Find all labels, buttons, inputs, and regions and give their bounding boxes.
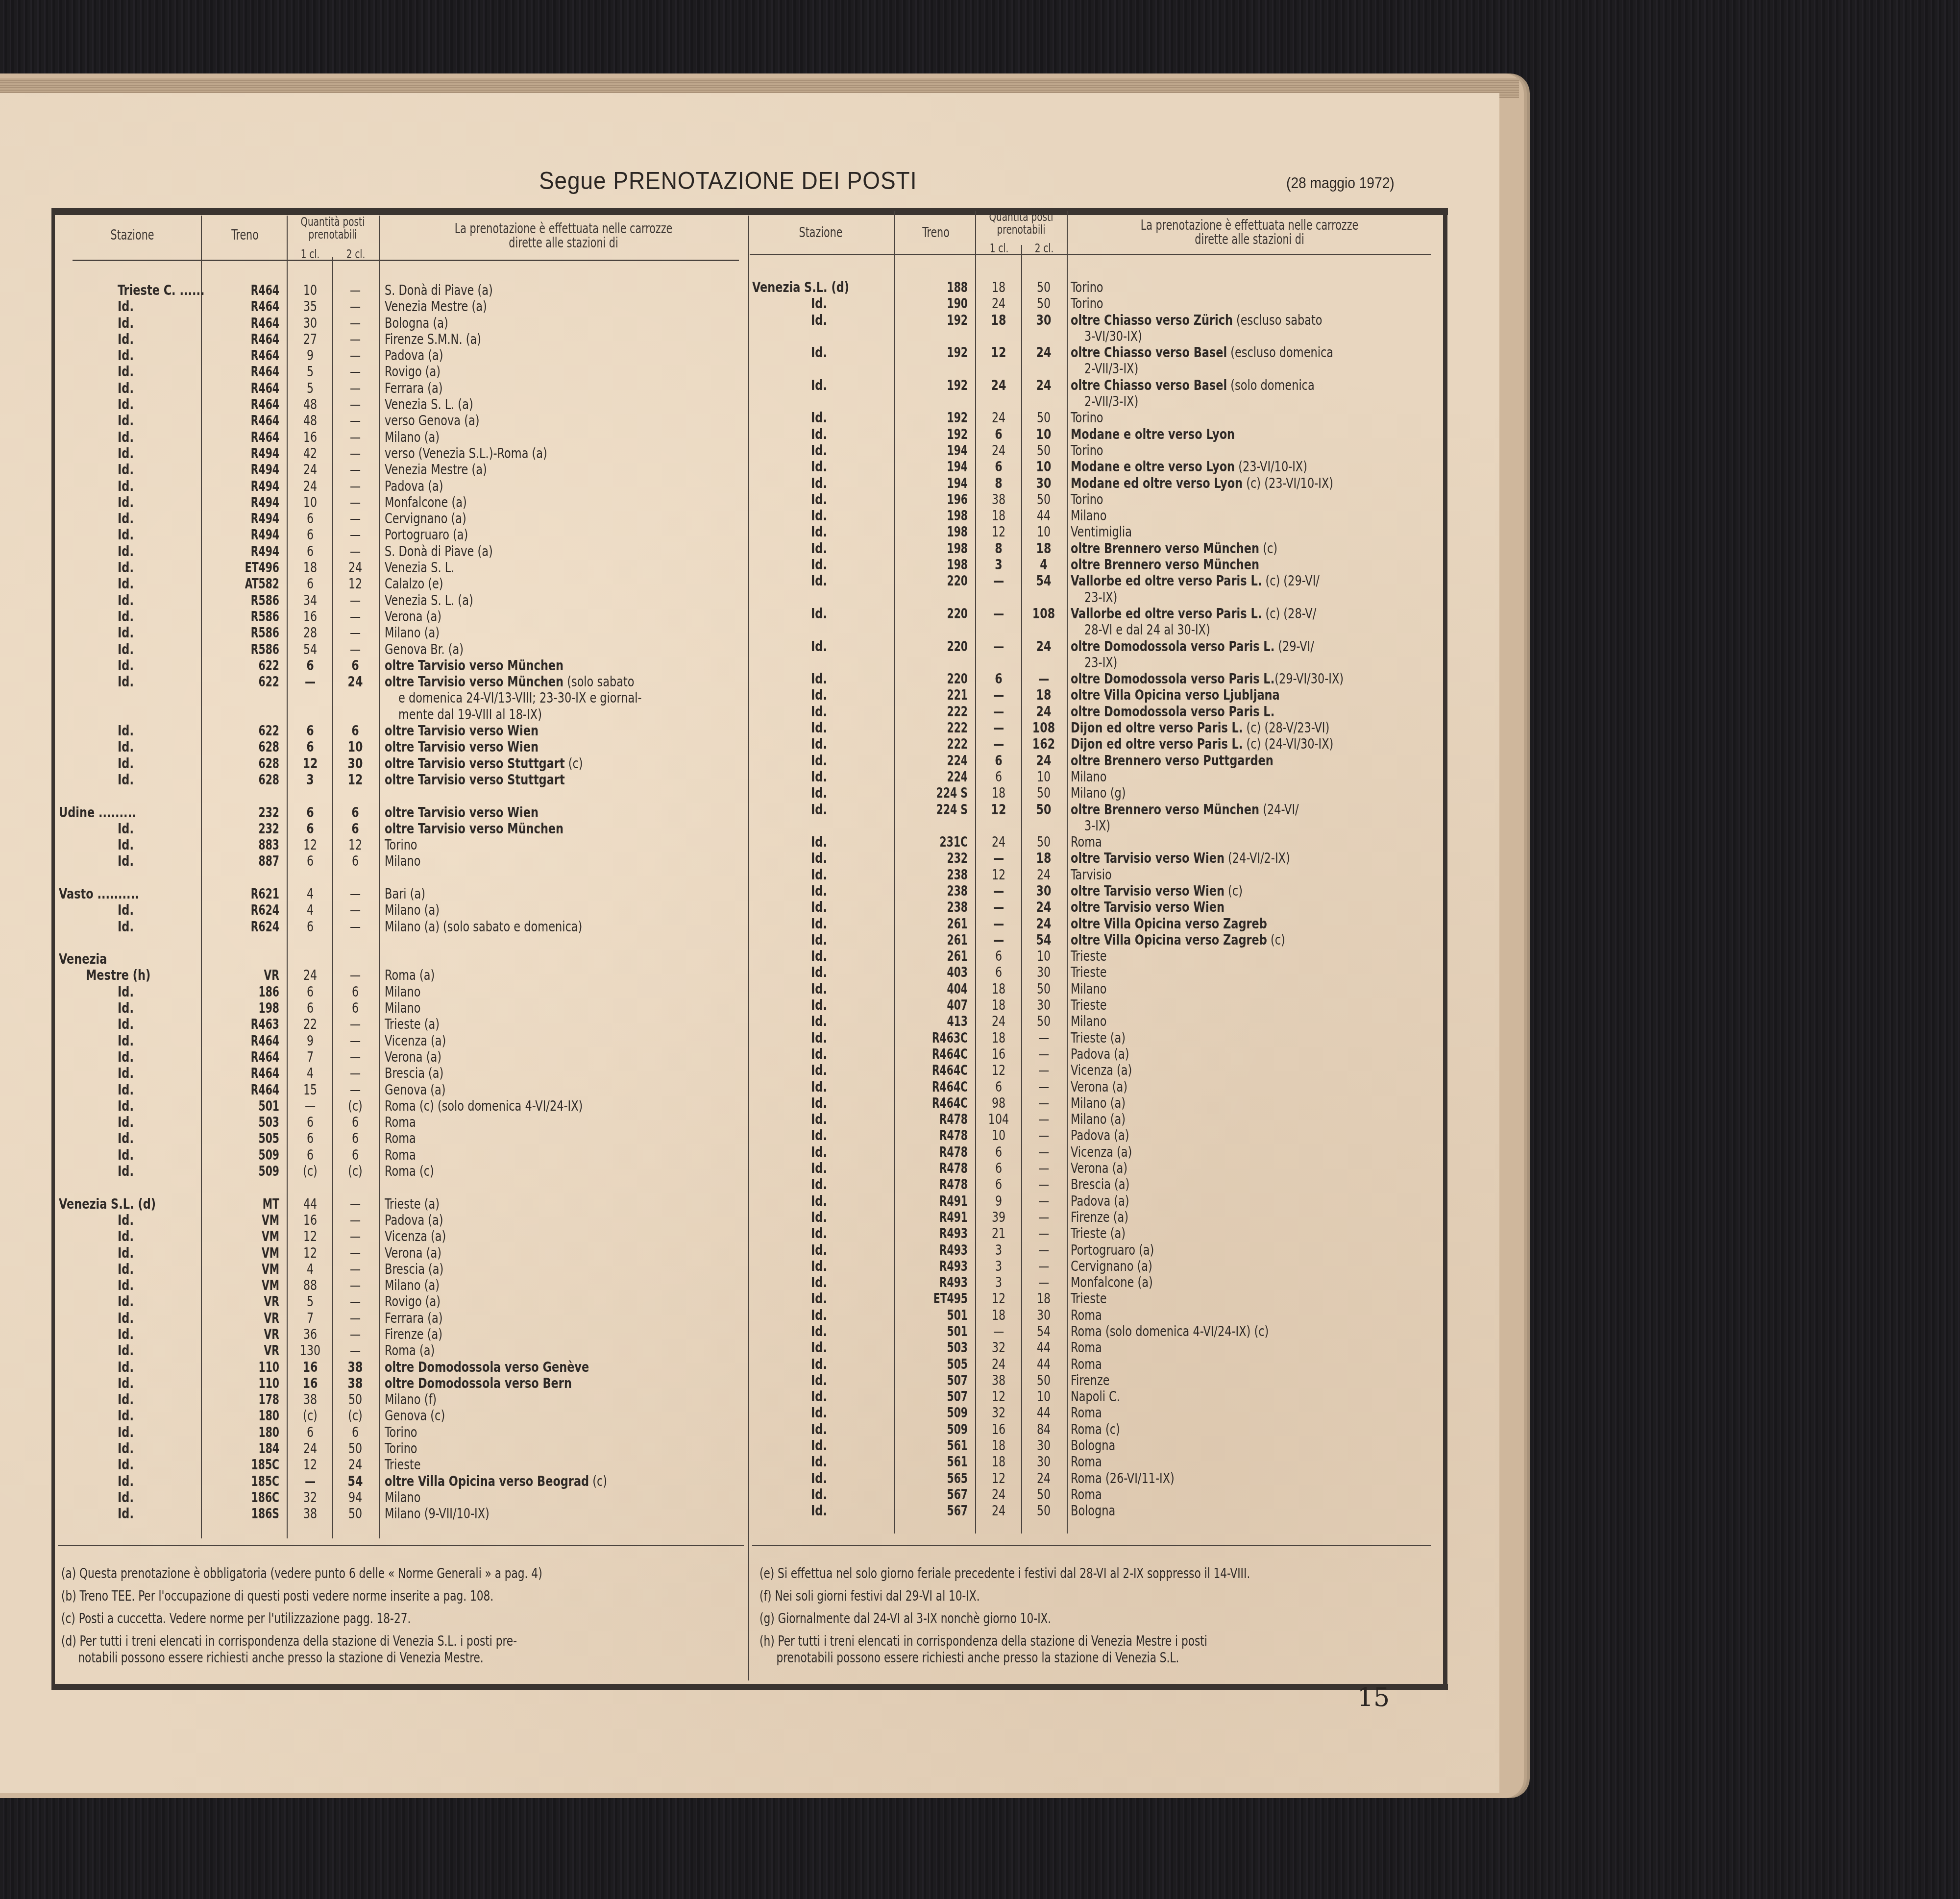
train-number: VR xyxy=(222,1293,279,1310)
table-row: Id.VM88—Milano (a) xyxy=(59,1277,745,1293)
seats-1st-class: 3 xyxy=(980,557,1018,573)
seats-2nd-class: 10 xyxy=(1025,524,1063,540)
destination: Brescia (a) xyxy=(1071,1176,1129,1193)
station-name: Id. xyxy=(118,609,134,625)
table-row: Id.R46448—verso Genova (a) xyxy=(59,413,745,429)
destination-text: Roma xyxy=(1071,833,1102,850)
destination-text: Modane ed oltre verso Lyon xyxy=(1071,475,1243,491)
train-number: 505 xyxy=(903,1356,968,1372)
seats-2nd-class: 24 xyxy=(337,560,374,576)
seats-1st-class: 104 xyxy=(980,1111,1018,1127)
destination-note: (24-VI/ xyxy=(1259,801,1299,818)
train-number: 232 xyxy=(222,804,279,821)
destination-continuation: e domenica 24-VI/13-VIII; 23-30-IX e gio… xyxy=(59,690,745,706)
seats-2nd-class: 38 xyxy=(337,1359,374,1375)
train-number: R464 xyxy=(222,347,279,364)
destination: Trieste (a) xyxy=(385,1016,440,1032)
seats-1st-class: 8 xyxy=(980,540,1018,557)
destination: Rovigo (a) xyxy=(385,1293,441,1310)
destination: Genova (c) xyxy=(385,1408,445,1424)
train-number: 222 xyxy=(903,736,968,752)
col-header-2cl: 2 cl. xyxy=(1026,242,1062,255)
seats-1st-class: 48 xyxy=(292,413,329,429)
seats-1st-class: 6 xyxy=(292,1114,329,1130)
table-row: Id.622—24oltre Tarvisio verso München (s… xyxy=(59,674,745,690)
seats-2nd-class: — xyxy=(337,331,374,347)
seats-2nd-class: — xyxy=(1025,1079,1063,1095)
train-number: 503 xyxy=(222,1114,279,1130)
seats-2nd-class: — xyxy=(337,967,374,983)
destination: Ferrara (a) xyxy=(385,380,442,396)
destination: Roma xyxy=(385,1114,416,1130)
seats-1st-class: 32 xyxy=(980,1405,1018,1421)
blank-row xyxy=(59,935,745,951)
destination-text: verso Genova (a) xyxy=(385,412,479,429)
destination-text: Bologna xyxy=(1071,1437,1115,1454)
destination-text: Padova (a) xyxy=(1071,1127,1129,1144)
seats-1st-class: 6 xyxy=(980,964,1018,980)
seats-1st-class: 12 xyxy=(292,837,329,853)
seats-2nd-class: — xyxy=(337,1310,374,1326)
seats-1st-class: 12 xyxy=(980,1062,1018,1078)
destination-text: Milano xyxy=(1071,980,1107,997)
table-row: Id.231C2450Roma xyxy=(752,834,1438,850)
destination: Torino xyxy=(1071,491,1103,508)
station-name: Id. xyxy=(811,1307,827,1323)
seats-1st-class: 4 xyxy=(292,902,329,918)
seats-1st-class: 18 xyxy=(980,508,1018,524)
destination: Padova (a) xyxy=(385,478,443,494)
table-row: Id.50566Roma xyxy=(59,1130,745,1146)
right-timetable: Venezia S.L. (d)1881850TorinoId.1902450T… xyxy=(752,279,1438,1519)
station-name: Id. xyxy=(811,1421,827,1437)
seats-2nd-class: 10 xyxy=(1025,948,1063,964)
seats-1st-class: — xyxy=(980,720,1018,736)
seats-1st-class: — xyxy=(980,899,1018,915)
train-number: 505 xyxy=(222,1130,279,1146)
seats-1st-class: 24 xyxy=(292,462,329,478)
header-underline-right xyxy=(750,254,1431,255)
station-name: Id. xyxy=(118,1293,134,1310)
destination: oltre Tarvisio verso Wien (24-VI/2-IX) xyxy=(1071,850,1290,866)
destination-text: Trieste xyxy=(385,1456,421,1473)
seats-1st-class: (c) xyxy=(292,1163,329,1179)
destination-continuation: mente dal 19-VIII al 18-IX) xyxy=(59,706,745,723)
station-name: Id. xyxy=(811,508,827,524)
table-row: Id.VM4—Brescia (a) xyxy=(59,1261,745,1277)
station-name: Id. xyxy=(118,821,134,837)
col-header-treno: Treno xyxy=(215,228,275,242)
destination-text: Monfalcone (a) xyxy=(385,494,467,511)
table-row: Id.1963850Torino xyxy=(752,491,1438,508)
destination-text: Torino xyxy=(1071,279,1103,295)
station-name: Id. xyxy=(118,298,134,315)
table-row: Id.5093244Roma xyxy=(752,1405,1438,1421)
station-name: Id. xyxy=(811,1486,827,1503)
station-name: Id. xyxy=(811,295,827,312)
seats-2nd-class: — xyxy=(1025,1193,1063,1209)
train-number: VM xyxy=(222,1245,279,1261)
seats-2nd-class: — xyxy=(337,364,374,380)
seats-1st-class: 24 xyxy=(980,1486,1018,1503)
destination: Roma (a) xyxy=(385,1342,435,1359)
destination-text: oltre Chiasso verso Zürich xyxy=(1071,312,1233,328)
station-name: Id. xyxy=(118,1065,134,1081)
page-date: (28 maggio 1972) xyxy=(1286,174,1395,192)
destination: oltre Villa Opicina verso Beograd (c) xyxy=(385,1473,607,1489)
destination-continuation: 2-VII/3-IX) xyxy=(752,393,1438,410)
destination: Napoli C. xyxy=(1071,1388,1120,1405)
train-number: R464C xyxy=(903,1062,968,1078)
destination-text: Milano (a) xyxy=(385,429,440,445)
footnotes-left: (a) Questa prenotazione è obbligatoria (… xyxy=(61,1565,542,1672)
seats-2nd-class: 10 xyxy=(1025,769,1063,785)
table-row: Id.501—54Roma (solo domenica 4-VI/24-IX)… xyxy=(752,1323,1438,1339)
train-number: 198 xyxy=(903,524,968,540)
destination-text: oltre Tarvisio verso Wien xyxy=(385,738,539,755)
seats-2nd-class: 30 xyxy=(1025,1307,1063,1323)
seats-1st-class: 16 xyxy=(292,609,329,625)
destination-note: (c) (24-VI/30-IX) xyxy=(1243,735,1333,752)
seats-1st-class: — xyxy=(292,1098,329,1114)
blank-row xyxy=(59,788,745,804)
seats-1st-class: 30 xyxy=(292,315,329,331)
destination-text: Napoli C. xyxy=(1071,1388,1120,1405)
seats-2nd-class: 108 xyxy=(1025,720,1063,736)
seats-2nd-class: 50 xyxy=(1025,410,1063,426)
destination: Modane ed oltre verso Lyon (c) (23-VI/10… xyxy=(1071,475,1333,491)
seats-2nd-class: 12 xyxy=(337,837,374,853)
train-number: 509 xyxy=(222,1163,279,1179)
station-name: Id. xyxy=(811,1095,827,1111)
col-header-stazione: Stazione xyxy=(88,228,176,242)
train-number: ET496 xyxy=(222,560,279,576)
footnote-c: (c) Posti a cuccetta. Vedere norme per l… xyxy=(61,1610,542,1627)
seats-1st-class: 7 xyxy=(292,1049,329,1065)
destination: oltre Tarvisio verso Wien xyxy=(385,804,539,821)
station-name: Id. xyxy=(118,919,134,935)
seats-1st-class: 18 xyxy=(980,1437,1018,1454)
train-number: 628 xyxy=(222,755,279,772)
destination: Torino xyxy=(1071,295,1103,312)
destination: Rovigo (a) xyxy=(385,364,441,380)
train-number: 185C xyxy=(222,1473,279,1489)
destination: oltre Chiasso verso Basel (escluso domen… xyxy=(1071,344,1333,361)
destination: Roma xyxy=(1071,1486,1102,1503)
seats-2nd-class: 30 xyxy=(337,755,374,772)
table-row: Id.R478104—Milano (a) xyxy=(752,1111,1438,1127)
train-number: 503 xyxy=(903,1339,968,1356)
station-name: Id. xyxy=(811,1176,827,1193)
destination-text: oltre Tarvisio verso Wien xyxy=(1071,899,1225,915)
table-row: Id.R4786—Brescia (a) xyxy=(752,1176,1438,1193)
destination-text: Roma (c) xyxy=(385,1163,434,1179)
seats-1st-class: 24 xyxy=(292,478,329,494)
destination: Trieste (a) xyxy=(1071,1225,1126,1242)
destination: oltre Tarvisio verso Wien (c) xyxy=(1071,883,1243,899)
station-name: Id. xyxy=(811,1470,827,1486)
station-name: Id. xyxy=(811,932,827,948)
station-name: Id. xyxy=(118,478,134,494)
destination: Torino xyxy=(1071,279,1103,295)
table-row: Id.501—(c)Roma (c) (solo domenica 4-VI/2… xyxy=(59,1098,745,1114)
destination-text: Calalzo (e) xyxy=(385,575,443,592)
seats-2nd-class: — xyxy=(337,478,374,494)
destination-text: Torino xyxy=(385,1440,417,1457)
table-row: Id.5033244Roma xyxy=(752,1339,1438,1356)
station-name: Id. xyxy=(811,671,827,687)
page-number: 15 xyxy=(1357,1683,1390,1712)
station-name: Id. xyxy=(811,981,827,997)
destination-text: Milano (a) xyxy=(385,901,440,918)
seats-2nd-class: 12 xyxy=(337,772,374,788)
seats-1st-class: 6 xyxy=(292,511,329,527)
seats-1st-class: 6 xyxy=(292,657,329,674)
destination-text: Roma xyxy=(1071,1486,1102,1503)
train-number: 220 xyxy=(903,573,968,589)
destination: S. Donà di Piave (a) xyxy=(385,543,493,560)
table-row: Id.238—24oltre Tarvisio verso Wien xyxy=(752,899,1438,915)
table-row: Id.R4933—Monfalcone (a) xyxy=(752,1274,1438,1290)
seats-1st-class: 24 xyxy=(292,1440,329,1457)
seats-1st-class: 38 xyxy=(292,1391,329,1408)
destination: Firenze (a) xyxy=(1071,1209,1128,1225)
table-row: Id.19834oltre Brennero verso München xyxy=(752,557,1438,573)
train-number: 628 xyxy=(222,772,279,788)
destination: Bari (a) xyxy=(385,886,425,902)
table-row: Id.180(c)(c)Genova (c) xyxy=(59,1408,745,1424)
seats-2nd-class: 30 xyxy=(1025,475,1063,491)
destination-text: oltre Domodossola verso Paris L. xyxy=(1071,703,1274,720)
table-row: Id.2206—oltre Domodossola verso Paris L.… xyxy=(752,671,1438,687)
train-number: R478 xyxy=(903,1176,968,1193)
destination-text: Padova (a) xyxy=(385,347,443,364)
destination: Bologna xyxy=(1071,1503,1115,1519)
seats-1st-class: 18 xyxy=(980,279,1018,295)
destination-text: Roma (solo domenica 4-VI/24-IX) (c) xyxy=(1071,1323,1269,1339)
train-number: R493 xyxy=(903,1274,968,1290)
train-number: 196 xyxy=(903,491,968,508)
table-row: Id.1101638oltre Domodossola verso Genève xyxy=(59,1359,745,1375)
seats-2nd-class: 50 xyxy=(1025,785,1063,801)
table-row: Id.R464C6—Verona (a) xyxy=(752,1079,1438,1095)
table-row: Id.R58634—Venezia S. L. (a) xyxy=(59,592,745,609)
table-row: Id.ET4961824Venezia S. L. xyxy=(59,560,745,576)
seats-1st-class: 18 xyxy=(980,1454,1018,1470)
table-row: Id.1921224oltre Chiasso verso Basel (esc… xyxy=(752,344,1438,361)
seats-1st-class: 6 xyxy=(980,459,1018,475)
table-row: Id.R49321—Trieste (a) xyxy=(752,1225,1438,1242)
seats-2nd-class: 18 xyxy=(1025,850,1063,866)
page-title: Segue PRENOTAZIONE DEI POSTI xyxy=(539,167,917,195)
seats-2nd-class: 30 xyxy=(1025,997,1063,1013)
destination-text: oltre Tarvisio verso München xyxy=(385,657,563,674)
destination: oltre Brennero verso Puttgarden xyxy=(1071,753,1274,769)
table-row: Id.220—24oltre Domodossola verso Paris L… xyxy=(752,638,1438,655)
station-name: Id. xyxy=(118,902,134,918)
seats-2nd-class: 44 xyxy=(1025,1356,1063,1372)
destination-text: Verona (a) xyxy=(1071,1160,1127,1176)
destination-text: Roma (c) xyxy=(1071,1421,1120,1437)
seats-1st-class: 6 xyxy=(980,1144,1018,1160)
station-name: Id. xyxy=(811,1290,827,1307)
station-name: Venezia S.L. (d) xyxy=(752,279,849,295)
destination-text: Milano xyxy=(1071,1013,1107,1029)
station-name: Id. xyxy=(811,997,827,1013)
table-row: Id.261—54oltre Villa Opicina verso Zagre… xyxy=(752,932,1438,948)
destination-text: Venezia S. L. (a) xyxy=(385,396,473,413)
seats-2nd-class: 6 xyxy=(337,853,374,869)
station-name: Id. xyxy=(811,1372,827,1388)
destination: Padova (a) xyxy=(1071,1127,1129,1144)
destination-text: Milano xyxy=(385,983,421,1000)
destination-text: Trieste xyxy=(1071,997,1107,1013)
destination-text: Milano xyxy=(1071,507,1107,524)
train-number: R464 xyxy=(222,315,279,331)
seats-1st-class: — xyxy=(980,736,1018,752)
seats-1st-class: 18 xyxy=(980,1307,1018,1323)
destination: Milano xyxy=(1071,1013,1107,1029)
station-name: Id. xyxy=(811,948,827,964)
table-row: Id.R46448—Venezia S. L. (a) xyxy=(59,396,745,413)
seats-1st-class: 12 xyxy=(980,524,1018,540)
seats-1st-class: 12 xyxy=(292,1228,329,1244)
destination: Trieste xyxy=(1071,1290,1107,1307)
destination: Modane e oltre verso Lyon xyxy=(1071,426,1235,442)
station-name: Id. xyxy=(118,1473,134,1489)
seats-1st-class: 12 xyxy=(980,802,1018,818)
seats-2nd-class: — xyxy=(337,282,374,298)
train-number: R478 xyxy=(903,1160,968,1176)
seats-1st-class: 5 xyxy=(292,1293,329,1310)
table-row: Id.261—24oltre Villa Opicina verso Zagre… xyxy=(752,916,1438,932)
destination-text: Dijon ed oltre verso Paris L. xyxy=(1071,735,1243,752)
seats-2nd-class: — xyxy=(337,1261,374,1277)
seats-1st-class: 32 xyxy=(292,1489,329,1506)
train-number: R463C xyxy=(903,1030,968,1046)
table-row: Id.220—108Vallorbe ed oltre verso Paris … xyxy=(752,606,1438,622)
station-name: Id. xyxy=(118,1391,134,1408)
train-number: R464 xyxy=(222,380,279,396)
seats-1st-class: 6 xyxy=(980,1176,1018,1193)
train-number: R493 xyxy=(903,1258,968,1274)
train-number: 222 xyxy=(903,704,968,720)
train-number: R478 xyxy=(903,1111,968,1127)
seats-2nd-class: — xyxy=(337,298,374,315)
seats-1st-class: — xyxy=(980,638,1018,655)
seats-2nd-class: 50 xyxy=(1025,802,1063,818)
destination: Portogruaro (a) xyxy=(1071,1242,1154,1258)
seats-1st-class: 18 xyxy=(980,785,1018,801)
destination-text: Firenze (a) xyxy=(385,1326,442,1342)
seats-1st-class: 12 xyxy=(980,344,1018,361)
station-name: Id. xyxy=(118,1049,134,1065)
train-number: 180 xyxy=(222,1424,279,1440)
train-number: R494 xyxy=(222,543,279,560)
table-row: Id.VM12—Verona (a) xyxy=(59,1245,745,1261)
seats-1st-class: 6 xyxy=(292,1000,329,1016)
col-header-2cl: 2 cl. xyxy=(337,248,374,261)
seats-2nd-class: — xyxy=(337,886,374,902)
table-row: Id.88766Milano xyxy=(59,853,745,869)
table-row: Id.185C1224Trieste xyxy=(59,1457,745,1473)
train-number: 561 xyxy=(903,1437,968,1454)
station-name: Id. xyxy=(811,459,827,475)
train-number: 224 S xyxy=(903,785,968,801)
destination: Roma (c) xyxy=(385,1163,434,1179)
seats-2nd-class: — xyxy=(1025,1160,1063,1176)
destination: verso (Venezia S.L.)-Roma (a) xyxy=(385,445,547,462)
destination-text: verso (Venezia S.L.)-Roma (a) xyxy=(385,445,547,462)
train-number: R621 xyxy=(222,886,279,902)
train-number: 261 xyxy=(903,932,968,948)
destination: Milano (a) xyxy=(385,1277,440,1293)
top-rule xyxy=(51,208,1448,215)
seats-1st-class: 24 xyxy=(980,834,1018,850)
station-name: Id. xyxy=(118,1212,134,1228)
station-name: Id. xyxy=(118,674,134,690)
train-number: R494 xyxy=(222,527,279,543)
seats-1st-class: 15 xyxy=(292,1082,329,1098)
destination-continuation-text: 23-IX) xyxy=(1084,589,1117,606)
seats-1st-class: 24 xyxy=(980,295,1018,312)
destination: Trieste (a) xyxy=(1071,1030,1126,1046)
seats-2nd-class: 4 xyxy=(1025,557,1063,573)
seats-2nd-class: 12 xyxy=(337,576,374,592)
destination-text: oltre Brennero verso München xyxy=(1071,556,1259,573)
footnote-f: (f) Nei soli giorni festivi dal 29-VI al… xyxy=(759,1588,1250,1605)
table-row: Trieste C. ......R46410—S. Donà di Piave… xyxy=(59,282,745,298)
destination: Milano (a) xyxy=(385,625,440,641)
seats-2nd-class: — xyxy=(337,1228,374,1244)
destination-text: Vicenza (a) xyxy=(1071,1062,1132,1078)
seats-2nd-class: 50 xyxy=(337,1506,374,1522)
destination: oltre Tarvisio verso Wien xyxy=(385,723,539,739)
table-row: Id.224624oltre Brennero verso Puttgarden xyxy=(752,753,1438,769)
seats-1st-class: 16 xyxy=(980,1421,1018,1437)
seats-1st-class: 16 xyxy=(292,1375,329,1391)
destination-continuation-text: 23-IX) xyxy=(1084,655,1117,671)
destination-text: Genova Br. (a) xyxy=(385,641,464,657)
train-number: 188 xyxy=(903,279,968,295)
station-name: Id. xyxy=(118,1489,134,1506)
station-name: Id. xyxy=(811,785,827,801)
destination-text: Padova (a) xyxy=(385,478,443,494)
table-row: Id.R4933—Cervignano (a) xyxy=(752,1258,1438,1274)
col-header-quantita: Quantità posti prenotabili xyxy=(985,211,1057,237)
station-name: Id. xyxy=(118,315,134,331)
train-number: R464 xyxy=(222,364,279,380)
station-name: Id. xyxy=(811,1160,827,1176)
destination: Roma xyxy=(1071,1405,1102,1421)
col-header-1cl: 1 cl. xyxy=(292,248,328,261)
destination: Roma xyxy=(385,1147,416,1163)
seats-1st-class: 18 xyxy=(980,1030,1018,1046)
table-row: Id.185C—54oltre Villa Opicina verso Beog… xyxy=(59,1473,745,1489)
destination: Trieste (a) xyxy=(385,1196,440,1212)
footnote-g: (g) Giornalmente dal 24-VI al 3-IX nonch… xyxy=(759,1610,1250,1627)
destination: Torino xyxy=(385,837,417,853)
station-name: Id. xyxy=(118,1424,134,1440)
station-name: Id. xyxy=(811,1388,827,1405)
destination: Venezia S. L. xyxy=(385,560,454,576)
destination-text: Monfalcone (a) xyxy=(1071,1274,1153,1290)
seats-2nd-class: 24 xyxy=(1025,377,1063,393)
seats-1st-class: 4 xyxy=(292,1261,329,1277)
station-name: Id. xyxy=(811,442,827,459)
destination-text: Milano (9-VII/10-IX) xyxy=(385,1505,490,1522)
train-number: 887 xyxy=(222,853,279,869)
